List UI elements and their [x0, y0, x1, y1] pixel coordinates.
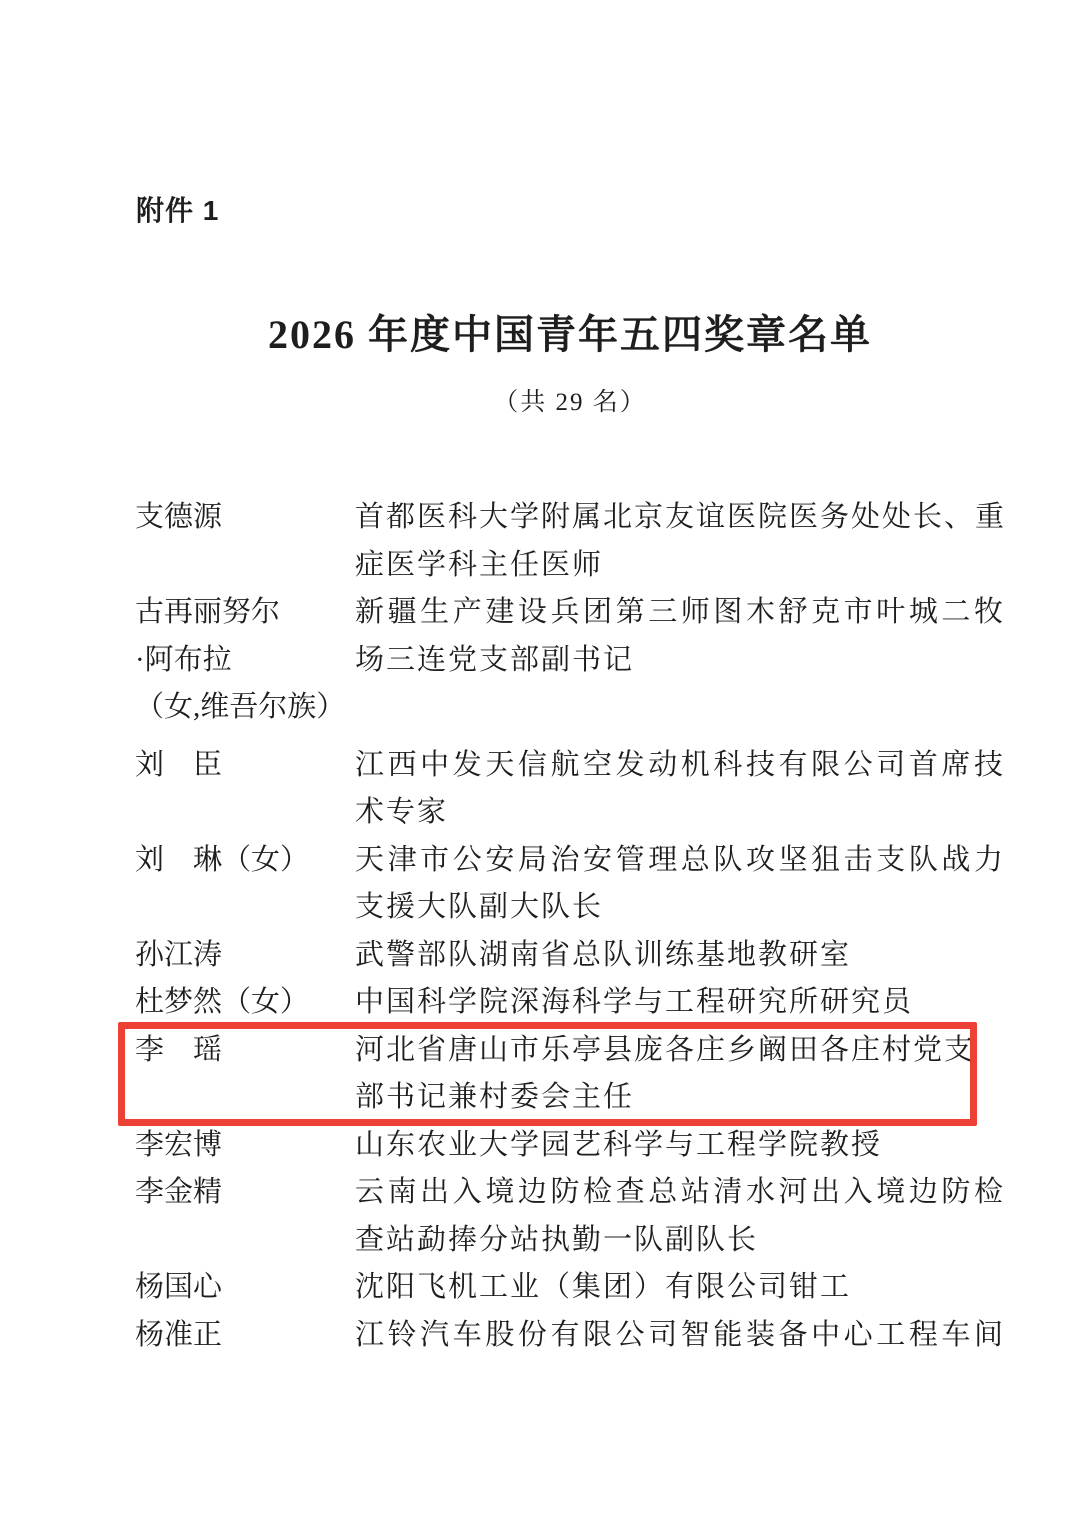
recipient-title: 河北省唐山市乐亭县庞各庄乡阚田各庄村党支 部书记兼村委会主任 [355, 1027, 1005, 1122]
recipient-row: 李宏博 山东农业大学园艺科学与工程学院教授 [135, 1122, 1005, 1170]
recipient-title: 中国科学院深海科学与工程研究所研究员 [355, 979, 1005, 1027]
document-page: 附件 1 2026 年度中国青年五四奖章名单 （共 29 名） 支德源 首都医科… [0, 0, 1080, 1529]
recipient-row: 杜梦然（女） 中国科学院深海科学与工程研究所研究员 [135, 979, 1005, 1027]
recipient-name: 杨准正 [135, 1312, 355, 1360]
title-line: 天津市公安局治安管理总队攻坚狙击支队战力 [355, 837, 1005, 885]
name-line: 李金精 [135, 1169, 355, 1217]
recipient-name: 杜梦然（女） [135, 979, 355, 1027]
name-line: （女,维吾尔族） [135, 684, 355, 732]
title-line: 武警部队湖南省总队训练基地教研室 [355, 932, 1005, 980]
document-title: 2026 年度中国青年五四奖章名单 [135, 303, 1005, 360]
recipient-title: 新疆生产建设兵团第三师图木舒克市叶城二牧 场三连党支部副书记 [355, 589, 1005, 732]
recipient-name: 李宏博 [135, 1122, 355, 1170]
title-line: 河北省唐山市乐亭县庞各庄乡阚田各庄村党支 [355, 1027, 1005, 1075]
recipient-title: 天津市公安局治安管理总队攻坚狙击支队战力 支援大队副大队长 [355, 837, 1005, 932]
recipient-name: 刘 琳（女） [135, 837, 355, 932]
title-line: 部书记兼村委会主任 [355, 1074, 1005, 1122]
recipient-title: 首都医科大学附属北京友谊医院医务处处长、重 症医学科主任医师 [355, 494, 1005, 589]
recipient-row: 孙江涛 武警部队湖南省总队训练基地教研室 [135, 932, 1005, 980]
recipient-row: 李金精 云南出入境边防检查总站清水河出入境边防检 查站勐捧分站执勤一队副队长 [135, 1169, 1005, 1264]
name-line: 孙江涛 [135, 932, 355, 980]
title-line: 场三连党支部副书记 [355, 637, 1005, 685]
recipient-name: 李金精 [135, 1169, 355, 1264]
recipient-name: 李 瑶 [135, 1027, 355, 1122]
document-subtitle: （共 29 名） [135, 382, 1005, 418]
recipient-title: 云南出入境边防检查总站清水河出入境边防检 查站勐捧分站执勤一队副队长 [355, 1169, 1005, 1264]
recipient-row: 刘 臣 江西中发天信航空发动机科技有限公司首席技 术专家 [135, 742, 1005, 837]
recipient-title: 武警部队湖南省总队训练基地教研室 [355, 932, 1005, 980]
title-line: 江西中发天信航空发动机科技有限公司首席技 [355, 742, 1005, 790]
title-line: 首都医科大学附属北京友谊医院医务处处长、重 [355, 494, 1005, 542]
recipient-title: 山东农业大学园艺科学与工程学院教授 [355, 1122, 1005, 1170]
name-line: 古再丽努尔 [135, 589, 355, 637]
title-line: 术专家 [355, 789, 1005, 837]
title-line: 新疆生产建设兵团第三师图木舒克市叶城二牧 [355, 589, 1005, 637]
recipient-list: 支德源 首都医科大学附属北京友谊医院医务处处长、重 症医学科主任医师 古再丽努尔… [135, 494, 1005, 1359]
recipient-row: 杨国心 沈阳飞机工业（集团）有限公司钳工 [135, 1264, 1005, 1312]
title-line: 沈阳飞机工业（集团）有限公司钳工 [355, 1264, 1005, 1312]
recipient-title: 江铃汽车股份有限公司智能装备中心工程车间 [355, 1312, 1005, 1360]
title-line: 中国科学院深海科学与工程研究所研究员 [355, 979, 1005, 1027]
title-line: 山东农业大学园艺科学与工程学院教授 [355, 1122, 1005, 1170]
name-line: 刘 臣 [135, 742, 355, 790]
name-line: 杜梦然（女） [135, 979, 355, 1027]
name-line: 杨准正 [135, 1312, 355, 1360]
name-line: 刘 琳（女） [135, 837, 355, 885]
title-line: 查站勐捧分站执勤一队副队长 [355, 1217, 1005, 1265]
recipient-row: 古再丽努尔 ·阿布拉 （女,维吾尔族） 新疆生产建设兵团第三师图木舒克市叶城二牧… [135, 589, 1005, 732]
recipient-row: 刘 琳（女） 天津市公安局治安管理总队攻坚狙击支队战力 支援大队副大队长 [135, 837, 1005, 932]
recipient-row: 杨准正 江铃汽车股份有限公司智能装备中心工程车间 [135, 1312, 1005, 1360]
recipient-name: 孙江涛 [135, 932, 355, 980]
name-line: 李 瑶 [135, 1027, 355, 1075]
recipient-name: 支德源 [135, 494, 355, 589]
name-line: 李宏博 [135, 1122, 355, 1170]
name-line: 杨国心 [135, 1264, 355, 1312]
name-line: ·阿布拉 [135, 637, 355, 685]
title-line: 江铃汽车股份有限公司智能装备中心工程车间 [355, 1312, 1005, 1360]
name-line: 支德源 [135, 494, 355, 542]
recipient-row-highlighted: 李 瑶 河北省唐山市乐亭县庞各庄乡阚田各庄村党支 部书记兼村委会主任 [135, 1027, 1005, 1122]
title-line: 支援大队副大队长 [355, 884, 1005, 932]
recipient-row: 支德源 首都医科大学附属北京友谊医院医务处处长、重 症医学科主任医师 [135, 494, 1005, 589]
title-line: 症医学科主任医师 [355, 542, 1005, 590]
recipient-title: 沈阳飞机工业（集团）有限公司钳工 [355, 1264, 1005, 1312]
title-line: 云南出入境边防检查总站清水河出入境边防检 [355, 1169, 1005, 1217]
recipient-title: 江西中发天信航空发动机科技有限公司首席技 术专家 [355, 742, 1005, 837]
attachment-label: 附件 1 [136, 189, 219, 229]
recipient-name: 古再丽努尔 ·阿布拉 （女,维吾尔族） [135, 589, 355, 732]
recipient-name: 刘 臣 [135, 742, 355, 837]
recipient-name: 杨国心 [135, 1264, 355, 1312]
